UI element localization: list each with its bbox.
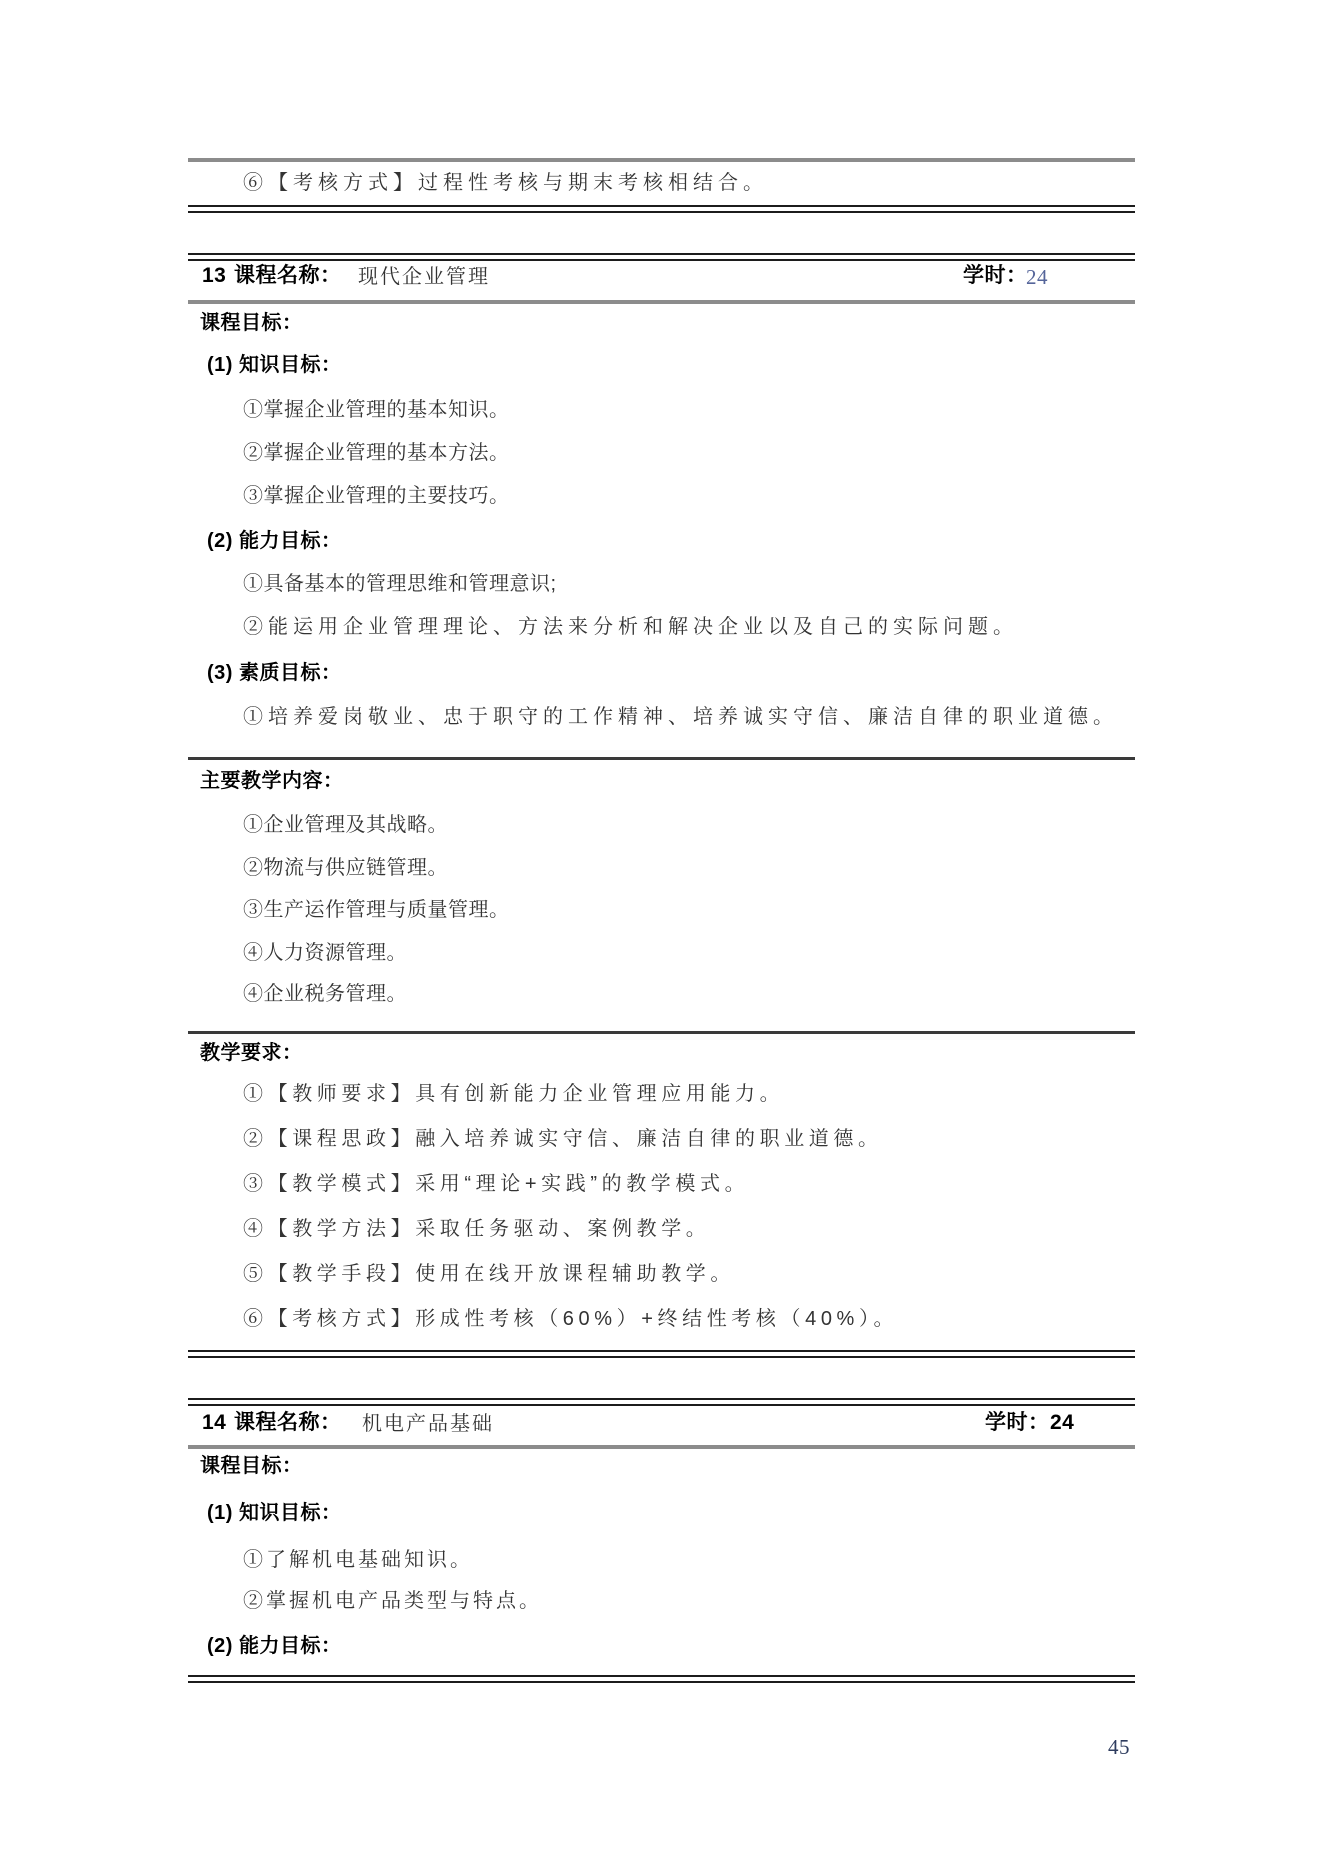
table-bottom-border bbox=[188, 205, 1135, 213]
knowledge-item: ③掌握企业管理的主要技巧。 bbox=[243, 483, 510, 509]
prev-course-assessment-item: ⑥【考核方式】过程性考核与期末考核相结合。 bbox=[243, 170, 768, 196]
requirement-item: ⑤【教学手段】使用在线开放课程辅助教学。 bbox=[243, 1261, 735, 1287]
quality-item: ①培养爱岗敬业、忠于职守的工作精神、培养诚实守信、廉洁自律的职业道德。 bbox=[243, 704, 1118, 730]
ability-heading: (2) 能力目标： bbox=[207, 1633, 342, 1659]
objectives-heading: 课程目标： bbox=[200, 310, 303, 336]
course-hours-value: 24 bbox=[1050, 1410, 1074, 1436]
row-divider bbox=[188, 1031, 1135, 1034]
knowledge-heading: (1) 知识目标： bbox=[207, 352, 342, 378]
content-item: ①企业管理及其战略。 bbox=[243, 812, 448, 838]
objectives-heading: 课程目标： bbox=[200, 1453, 303, 1479]
course-number: 14 bbox=[202, 1410, 226, 1436]
course-title: 机电产品基础 bbox=[362, 1411, 494, 1437]
quality-heading: (3) 素质目标： bbox=[207, 660, 342, 686]
content-heading: 主要教学内容： bbox=[200, 768, 344, 794]
requirement-item: ⑥【考核方式】形成性考核（60%）+终结性考核（40%）。 bbox=[243, 1306, 898, 1332]
knowledge-heading: (1) 知识目标： bbox=[207, 1500, 342, 1526]
content-item: ②物流与供应链管理。 bbox=[243, 855, 448, 881]
course-hours-label: 学时： bbox=[963, 263, 1028, 289]
page-break-border bbox=[188, 1675, 1135, 1683]
row-divider bbox=[188, 757, 1135, 760]
knowledge-item: ①了解机电基础知识。 bbox=[243, 1547, 473, 1573]
requirement-item: ②【课程思政】融入培养诚实守信、廉洁自律的职业道德。 bbox=[243, 1126, 883, 1152]
table-top-border bbox=[188, 253, 1135, 261]
row-divider bbox=[188, 1445, 1135, 1449]
knowledge-item: ②掌握企业管理的基本方法。 bbox=[243, 440, 510, 466]
content-item: ③生产运作管理与质量管理。 bbox=[243, 897, 510, 923]
course-hours-label: 学时： bbox=[985, 1410, 1050, 1436]
ability-item: ②能运用企业管理理论、方法来分析和解决企业以及自己的实际问题。 bbox=[243, 614, 1018, 640]
requirement-item: ④【教学方法】采取任务驱动、案例教学。 bbox=[243, 1216, 710, 1242]
content-item: ④企业税务管理。 bbox=[243, 981, 407, 1007]
course-title: 现代企业管理 bbox=[358, 264, 490, 290]
course-hours-value: 24 bbox=[1026, 264, 1048, 290]
ability-item: ①具备基本的管理思维和管理意识; bbox=[243, 571, 557, 597]
table-bottom-border bbox=[188, 1350, 1135, 1358]
table-top-border bbox=[188, 1398, 1135, 1406]
requirements-heading: 教学要求： bbox=[200, 1040, 303, 1066]
content-item: ④人力资源管理。 bbox=[243, 940, 407, 966]
course-number: 13 bbox=[202, 263, 226, 289]
course-title-label: 课程名称： bbox=[234, 1410, 342, 1436]
knowledge-item: ②掌握机电产品类型与特点。 bbox=[243, 1588, 542, 1614]
knowledge-item: ①掌握企业管理的基本知识。 bbox=[243, 397, 510, 423]
page-number: 45 bbox=[1108, 1734, 1130, 1760]
ability-heading: (2) 能力目标： bbox=[207, 528, 342, 554]
course-title-label: 课程名称： bbox=[234, 263, 342, 289]
row-divider bbox=[188, 300, 1135, 304]
row-divider bbox=[188, 158, 1135, 162]
requirement-item: ③【教学模式】采用“理论+实践”的教学模式。 bbox=[243, 1171, 749, 1197]
requirement-item: ①【教师要求】具有创新能力企业管理应用能力。 bbox=[243, 1081, 784, 1107]
document-page: ⑥【考核方式】过程性考核与期末考核相结合。 13 课程名称： 现代企业管理 学时… bbox=[0, 0, 1323, 1871]
